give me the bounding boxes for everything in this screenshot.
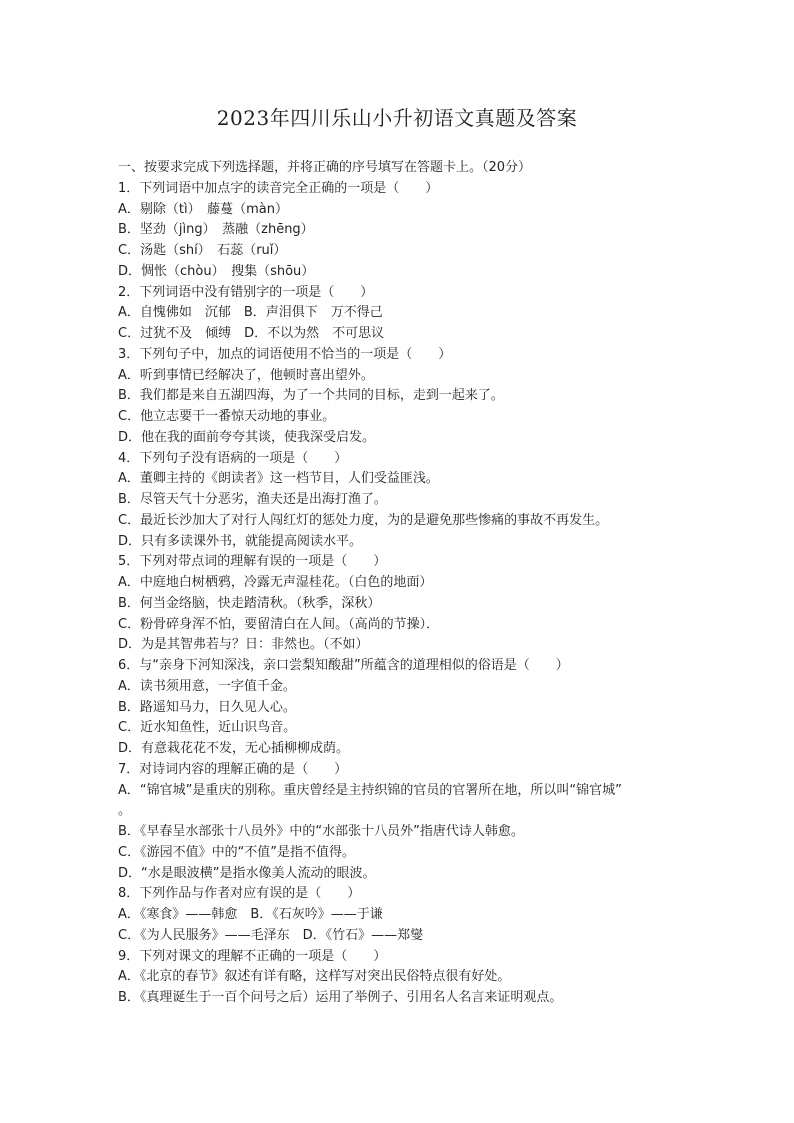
question-3: 3．下列句子中，加点的词语使用不恰当的一项是（ ） A．听到事情已经解决了，他顿… <box>118 345 698 449</box>
option-a: A．听到事情已经解决了，他顿时喜出望外。 <box>118 366 698 387</box>
question-stem: 3．下列句子中，加点的词语使用不恰当的一项是（ ） <box>118 345 698 366</box>
option-d: D．有意栽花花不发，无心插柳柳成荫。 <box>118 739 698 760</box>
option-c: C．《游园不值》中的“不值”是指不值得。 <box>118 843 698 864</box>
question-2: 2．下列词语中没有错别字的一项是（ ） A．自愧佛如 沉郁 B．声泪俱下 万不得… <box>118 283 698 345</box>
question-stem: 7．对诗词内容的理解正确的是（ ） <box>118 760 698 781</box>
document-title: 2023年四川乐山小升初语文真题及答案 <box>0 104 794 132</box>
option-d: D．为是其智弗若与？日：非然也。（不如） <box>118 635 698 656</box>
question-4: 4．下列句子没有语病的一项是（ ） A．董卿主持的《朗读者》这一档节目，人们受益… <box>118 449 698 553</box>
option-a-continuation: 。 <box>118 801 698 822</box>
option-a: A．中庭地白树栖鸦，冷露无声湿桂花。（白色的地面） <box>118 573 698 594</box>
section-heading: 一、按要求完成下列选择题，并将正确的序号填写在答题卡上。（20分） <box>118 158 698 179</box>
question-9: 9．下列对课文的理解不正确的一项是（ ） A．《北京的春节》叙述有详有略，这样写… <box>118 947 698 1009</box>
option-b: B．我们都是来自五湖四海，为了一个共同的目标，走到一起来了。 <box>118 386 698 407</box>
question-6: 6．与“亲身下河知深浅，亲口尝梨知酸甜”所蕴含的道理相似的俗语是（ ） A．读书… <box>118 656 698 760</box>
question-stem: 5．下列对带点词的理解有误的一项是（ ） <box>118 552 698 573</box>
question-stem: 4．下列句子没有语病的一项是（ ） <box>118 449 698 470</box>
option-a-b: A．自愧佛如 沉郁 B．声泪俱下 万不得己 <box>118 303 698 324</box>
option-c: C．汤匙（shí） 石蕊（ruǐ） <box>118 241 698 262</box>
option-a-b: A．《寒食》——韩愈 B．《石灰吟》——于谦 <box>118 905 698 926</box>
option-a: A．读书须用意，一字值千金。 <box>118 677 698 698</box>
question-7: 7．对诗词内容的理解正确的是（ ） A．“锦官城”是重庆的别称。重庆曾经是主持织… <box>118 760 698 885</box>
option-c-d: C．过犹不及 倾缚 D．不以为然 不可思议 <box>118 324 698 345</box>
option-a: A．董卿主持的《朗读者》这一档节目，人们受益匪浅。 <box>118 469 698 490</box>
option-d: D．惆怅（chòu） 搜集（shōu） <box>118 262 698 283</box>
option-a: A．剔除（tì） 藤蔓（màn） <box>118 200 698 221</box>
option-d: D．“水是眼波横”是指水像美人流动的眼波。 <box>118 864 698 885</box>
question-stem: 6．与“亲身下河知深浅，亲口尝梨知酸甜”所蕴含的道理相似的俗语是（ ） <box>118 656 698 677</box>
question-stem: 2．下列词语中没有错别字的一项是（ ） <box>118 283 698 304</box>
option-b: B．《真理诞生于一百个问号之后）运用了举例子、引用名人名言来证明观点。 <box>118 988 698 1009</box>
option-d: D．只有多读课外书，就能提高阅读水平。 <box>118 532 698 553</box>
option-a: A．“锦官城”是重庆的别称。重庆曾经是主持织锦的官员的官署所在地，所以叫“锦官城… <box>118 781 698 802</box>
option-c: C．粉骨碎身浑不怕，要留清白在人间。（高尚的节操）． <box>118 615 698 636</box>
option-b: B．《早春呈水部张十八员外》中的“水部张十八员外”指唐代诗人韩愈。 <box>118 822 698 843</box>
option-c: C．近水知鱼性，近山识鸟音。 <box>118 718 698 739</box>
option-b: B．何当金络脑，快走踏清秋。（秋季，深秋） <box>118 594 698 615</box>
document-page: 2023年四川乐山小升初语文真题及答案 一、按要求完成下列选择题，并将正确的序号… <box>0 0 794 1123</box>
option-a: A．《北京的春节》叙述有详有略，这样写对突出民俗特点很有好处。 <box>118 967 698 988</box>
option-c-d: C．《为人民服务》——毛泽东 D．《竹石》——郑燮 <box>118 926 698 947</box>
question-8: 8．下列作品与作者对应有误的是（ ） A．《寒食》——韩愈 B．《石灰吟》——于… <box>118 884 698 946</box>
document-body: 一、按要求完成下列选择题，并将正确的序号填写在答题卡上。（20分） 1．下列词语… <box>118 158 698 1009</box>
question-5: 5．下列对带点词的理解有误的一项是（ ） A．中庭地白树栖鸦，冷露无声湿桂花。（… <box>118 552 698 656</box>
option-b: B．路遥知马力，日久见人心。 <box>118 698 698 719</box>
question-1: 1．下列词语中加点字的读音完全正确的一项是（ ） A．剔除（tì） 藤蔓（màn… <box>118 179 698 283</box>
question-stem: 1．下列词语中加点字的读音完全正确的一项是（ ） <box>118 179 698 200</box>
question-stem: 9．下列对课文的理解不正确的一项是（ ） <box>118 947 698 968</box>
option-c: C．最近长沙加大了对行人闯红灯的惩处力度，为的是避免那些惨痛的事故不再发生。 <box>118 511 698 532</box>
option-c: C．他立志要干一番惊天动地的事业。 <box>118 407 698 428</box>
option-b: B．尽管天气十分恶劣，渔夫还是出海打渔了。 <box>118 490 698 511</box>
option-d: D．他在我的面前夸夸其谈，使我深受启发。 <box>118 428 698 449</box>
question-stem: 8．下列作品与作者对应有误的是（ ） <box>118 884 698 905</box>
option-b: B．坚劲（jìng） 蒸融（zhēng） <box>118 220 698 241</box>
